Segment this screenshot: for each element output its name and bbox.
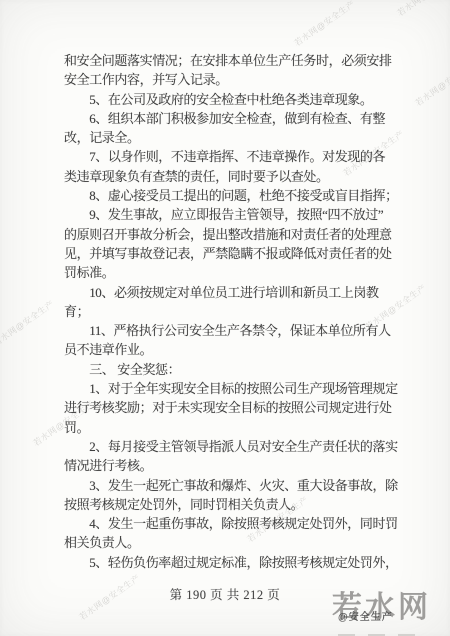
body-text-line: 相关负责人。 (64, 533, 396, 552)
diagonal-watermark: 若水网@安全生产 (395, 0, 450, 19)
document-body: 和安全问题落实情况；在安排本单位生产任务时，必须安排 安全工作内容，并写入记录。… (64, 51, 396, 572)
body-text-line: 3、发生一起死亡事故和爆炸、火灾、重大设备事故，除 (64, 476, 396, 495)
section-heading: 三、 安全奖惩： (64, 360, 396, 379)
body-text-line: 罚。 (64, 418, 396, 437)
body-text-line: 情况进行考核。 (64, 456, 396, 475)
body-text-line: 和安全问题落实情况；在安排本单位生产任务时，必须安排 (64, 51, 396, 70)
logo-overlay-text: @安全生产 (338, 608, 393, 623)
body-text-line: 类违章现象负有查禁的责任，同时要予以查处。 (64, 167, 396, 186)
body-text-line: 员不违章作业。 (64, 340, 396, 359)
diagonal-watermark: 若水网@安全生产 (0, 298, 57, 349)
body-text-line: 7、以身作则，不违章指挥、不违章操作。对发现的各 (64, 147, 396, 166)
body-text-line: 6、组织本部门积极参加安全检查，做到有检查、有整 (64, 109, 396, 128)
body-text-line: 11、严格执行公司安全生产各禁令，保证本单位所有人 (64, 321, 396, 340)
body-text-line: 9、发生事故，应立即报告主管领导，按照“四不放过” (64, 205, 396, 224)
body-text-line: 5、在公司及政府的安全检查中杜绝各类违章现象。 (64, 90, 396, 109)
body-text-line: 8、虚心接受员工提出的问题，杜绝不接受或盲目指挥； (64, 186, 396, 205)
body-text-line: 改，记录全。 (64, 128, 396, 147)
body-text-line: 4、发生一起重伤事故，除按照考核规定处罚外，同时罚 (64, 514, 396, 533)
body-text-line: 1、对于全年实现安全目标的按照公司生产现场管理规定 (64, 379, 396, 398)
body-text-line: 见，并填写事故登记表，严禁隐瞒不报或降低对责任者的处 (64, 244, 396, 263)
body-text-line: 10、必须按规定对单位员工进行培训和新员工上岗教 (64, 283, 396, 302)
diagonal-watermark: 若水网@安全生产 (413, 58, 450, 109)
body-text-line: 罚标准。 (64, 263, 396, 282)
body-text-line: 按照考核规定处罚外，同时罚相关负责人。 (64, 495, 396, 514)
site-logo: 若水网 @安全生产 (332, 591, 450, 636)
body-text-line: 安全工作内容，并写入记录。 (64, 70, 396, 89)
body-text-line: 育； (64, 302, 396, 321)
body-text-line: 的原则召开事故分析会，提出整改措施和对责任者的处理意 (64, 225, 396, 244)
body-text-line: 进行考核奖励；对于未实现安全目标的按照公司规定进行处 (64, 398, 396, 417)
scanned-document-page: { "document": { "lines": [ "和安全问题落实情况；在安… (0, 0, 450, 636)
body-text-line: 2、每月接受主管领导指派人员对安全生产责任状的落实 (64, 437, 396, 456)
diagonal-watermark: 若水网@安全生产 (292, 0, 358, 49)
body-text-line: 5、轻伤负伤率超过规定标准，除按照考核规定处罚外， (64, 553, 396, 572)
